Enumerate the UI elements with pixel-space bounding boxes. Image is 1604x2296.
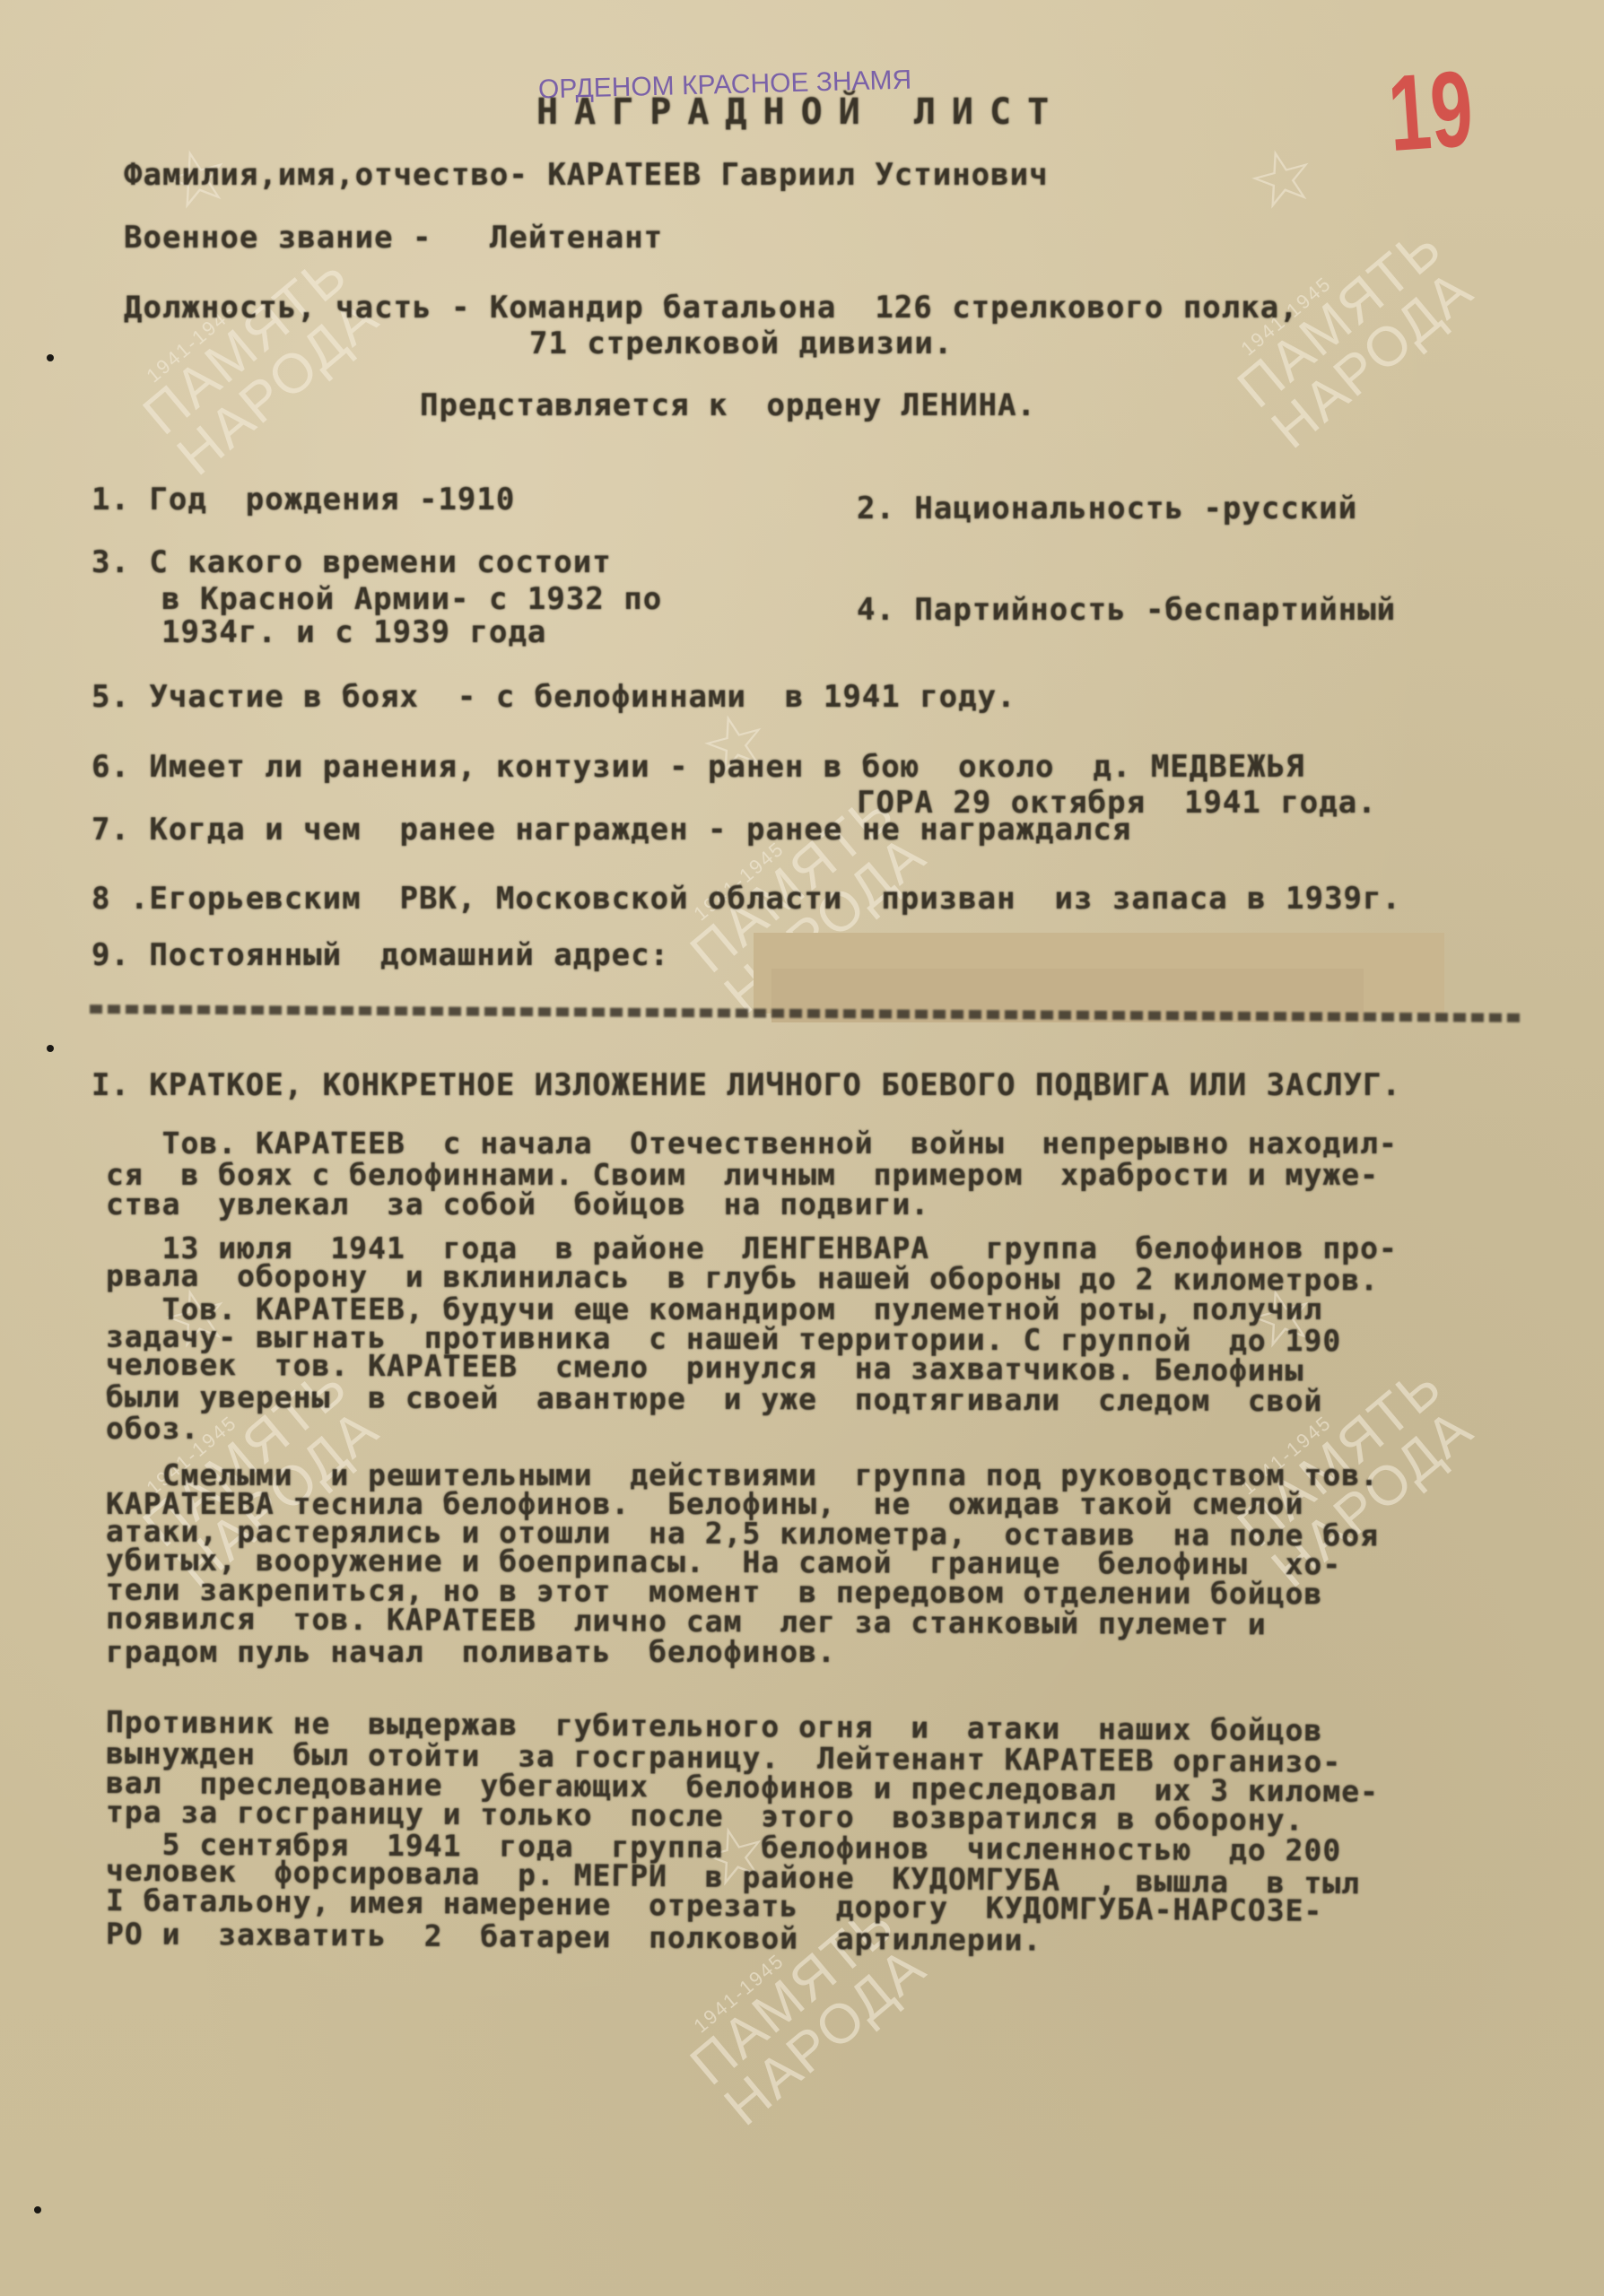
citation-line: РО и захватить 2 батареи полковой артилл… xyxy=(106,1916,1042,1957)
citation-line: ства увлекал за собой бойцов на подвиги. xyxy=(106,1187,929,1222)
position-field-line2: 71 стрелковой дивизии. xyxy=(529,326,953,361)
position-field-line1: Должность, часть - Командир батальона 12… xyxy=(124,290,1299,326)
field-previous-awards: 7. Когда и чем ранее награжден - ранее н… xyxy=(92,812,1131,848)
military-rank-field: Военное звание - Лейтенант xyxy=(124,220,663,256)
field-wounds-line1: 6. Имеет ли ранения, контузии - ранен в … xyxy=(92,749,1305,785)
red-pencil-number: 19 xyxy=(1384,47,1477,176)
punch-hole xyxy=(47,1045,54,1052)
field-service-since-line3: 1934г. и с 1939 года xyxy=(161,614,546,650)
punch-hole xyxy=(47,354,54,361)
full-name-field: Фамилия,имя,отчество- КАРАТЕЕВ Гавриил У… xyxy=(124,157,1049,193)
document-title: НАГРАДНОЙ ЛИСТ xyxy=(536,91,1065,133)
citation-line: обоз. xyxy=(106,1411,199,1446)
presented-to-award: Представляется к ордену ЛЕНИНА. xyxy=(420,387,1036,423)
citation-line: были уверены в своей авантюре и уже подт… xyxy=(106,1379,1323,1419)
field-battles: 5. Участие в боях - с белофиннами в 1941… xyxy=(92,679,1016,715)
field-conscription: 8 .Егорьевским РВК, Московской области п… xyxy=(92,881,1401,917)
section-heading: I. КРАТКОЕ, КОНКРЕТНОЕ ИЗЛОЖЕНИЕ ЛИЧНОГО… xyxy=(92,1067,1401,1103)
field-service-since-line1: 3. С какого времени состоит xyxy=(92,544,612,580)
field-birth-year: 1. Год рождения -1910 xyxy=(92,482,515,517)
field-home-address: 9. Постоянный домашний адрес: xyxy=(92,937,669,973)
citation-line: градом пуль начал поливать белофинов. xyxy=(106,1634,836,1669)
field-service-since-line2: в Красной Армии- с 1932 по xyxy=(161,581,662,617)
field-nationality: 2. Национальность -русский xyxy=(857,491,1357,526)
citation-line: Тов. КАРАТЕЕВ с начала Отечественной вой… xyxy=(106,1126,1398,1161)
field-party: 4. Партийность -беспартийный xyxy=(857,592,1396,628)
punch-hole xyxy=(34,2206,41,2213)
